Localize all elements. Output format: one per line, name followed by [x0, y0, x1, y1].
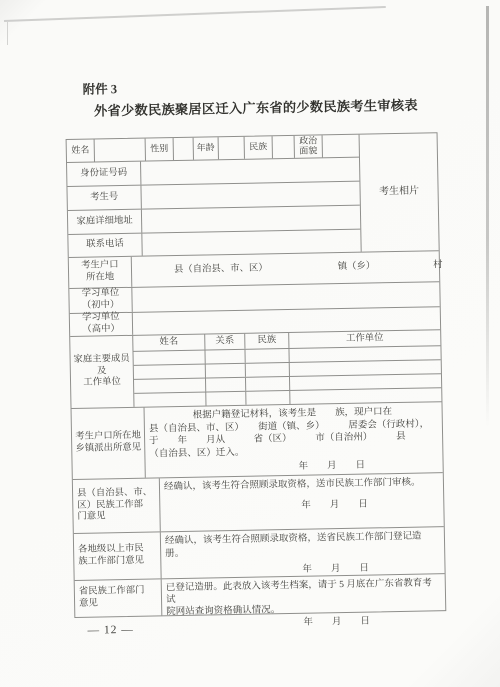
city-opinion-label: 各地级以上市民 族工作部门意见: [74, 532, 161, 580]
row-police-opinion: 考生户口所在地 乡镇派出所意见 根据户籍登记材料，该考生是 族，现户口在 县（自…: [72, 401, 443, 479]
city-opinion-text: 经确认，该考生符合照顾录取资格，送省民族工作部门登记造册。: [165, 530, 440, 560]
page-number: — 12 —: [87, 624, 133, 637]
residence-value-cell: 县（自治县、市、区） 镇（乡） 村: [131, 251, 443, 287]
id-number-value-cell: [140, 158, 359, 185]
top-left-rows: 姓名 性别 年龄 民族 政治 面貌 身份证号码: [67, 135, 361, 257]
county-opinion-text-cell: 经确认，该考生符合照顾录取资格，送市民族工作部门审核。 年 月 日: [159, 473, 444, 531]
residence-label: 考生户口 所在地: [69, 257, 132, 288]
scanned-document-page: { "header": { "attachment_label": "附件 3"…: [0, 0, 500, 687]
age-label: 年龄: [193, 137, 218, 159]
document-content: 附件 3 外省少数民族聚居区迁入广东省的少数民族考生审核表 姓名 性别 年龄 民…: [0, 0, 500, 687]
gender-label: 性别: [145, 138, 173, 161]
family-members-subtable: 姓名 关系 民族 工作单位: [132, 330, 441, 407]
row-county-opinion: 县（自治县、市、 区）民族工作部 门意见 经确认，该考生符合照顾录取资格，送市民…: [73, 472, 444, 533]
id-number-label: 身份证号码: [67, 162, 140, 186]
family-col-name: 姓名: [133, 335, 204, 351]
ethnicity-label: 民族: [244, 136, 272, 159]
province-opinion-text-cell: 已登记造册。此表放入该考生档案，请于 5 月底在广东省教育考试 院网站查询资格确…: [161, 574, 446, 615]
county-opinion-date: 年 月 日: [164, 497, 439, 515]
county-opinion-label: 县（自治县、市、 区）民族工作部 门意见: [73, 478, 160, 533]
name-value-cell: [94, 139, 145, 162]
family-col-ethnicity: 民族: [244, 333, 288, 349]
province-opinion-label: 省民族工作部门 意见: [75, 579, 162, 617]
home-address-value-cell: [141, 206, 360, 233]
residence-village-text: 村: [433, 260, 443, 272]
county-opinion-text: 经确认，该考生符合照顾录取资格，送市民族工作部门审核。: [164, 476, 439, 494]
top-section: 姓名 性别 年龄 民族 政治 面貌 身份证号码: [67, 133, 439, 257]
phone-value-cell: [141, 230, 360, 256]
form-title: 外省少数民族聚居区迁入广东省的少数民族考生审核表: [94, 95, 418, 120]
gender-value-cell: [173, 138, 193, 160]
school-junior-label: 学习单位 （初中）: [69, 288, 131, 313]
review-form-table: 姓名 性别 年龄 民族 政治 面貌 身份证号码: [66, 132, 447, 618]
attachment-label: 附件 3: [82, 79, 117, 98]
residence-town-text: 镇（乡）: [338, 262, 376, 274]
phone-label: 联系电话: [68, 234, 141, 257]
police-opinion-label: 考生户口所在地 乡镇派出所意见: [72, 408, 145, 479]
police-opinion-text-cell: 根据户籍登记材料，该考生是 族，现户口在 县（自治县、市、区） 街道（镇、乡） …: [144, 402, 443, 477]
political-status-label: 政治 面貌: [294, 135, 322, 158]
political-status-value-cell: [322, 135, 359, 158]
family-members-label: 家庭主要成员及 工作单位: [70, 336, 133, 408]
row-family-members: 家庭主要成员及 工作单位 姓名 关系 民族 工作单位: [70, 329, 441, 408]
candidate-number-value-cell: [140, 182, 359, 209]
name-label: 姓名: [67, 140, 94, 162]
school-senior-label: 学习单位 （高中）: [70, 313, 132, 336]
family-col-relation: 关系: [204, 334, 244, 350]
city-opinion-text-cell: 经确认，该考生符合照顾录取资格，送省民族工作部门登记造册。 年 月 日: [160, 527, 445, 578]
age-value-cell: [218, 137, 244, 159]
ethnicity-value-cell: [272, 136, 294, 158]
home-address-label: 家庭详细地址: [68, 210, 141, 234]
residence-county-text: 县（自治县、市、区）: [174, 263, 268, 276]
candidate-photo-cell: 考生相片: [359, 133, 439, 251]
row-city-opinion: 各地级以上市民 族工作部门意见 经确认，该考生符合照顾录取资格，送省民族工作部门…: [74, 526, 445, 580]
candidate-number-label: 考生号: [67, 186, 140, 210]
row-province-opinion: 省民族工作部门 意见 已登记造册。此表放入该考生档案，请于 5 月底在广东省教育…: [75, 573, 446, 617]
